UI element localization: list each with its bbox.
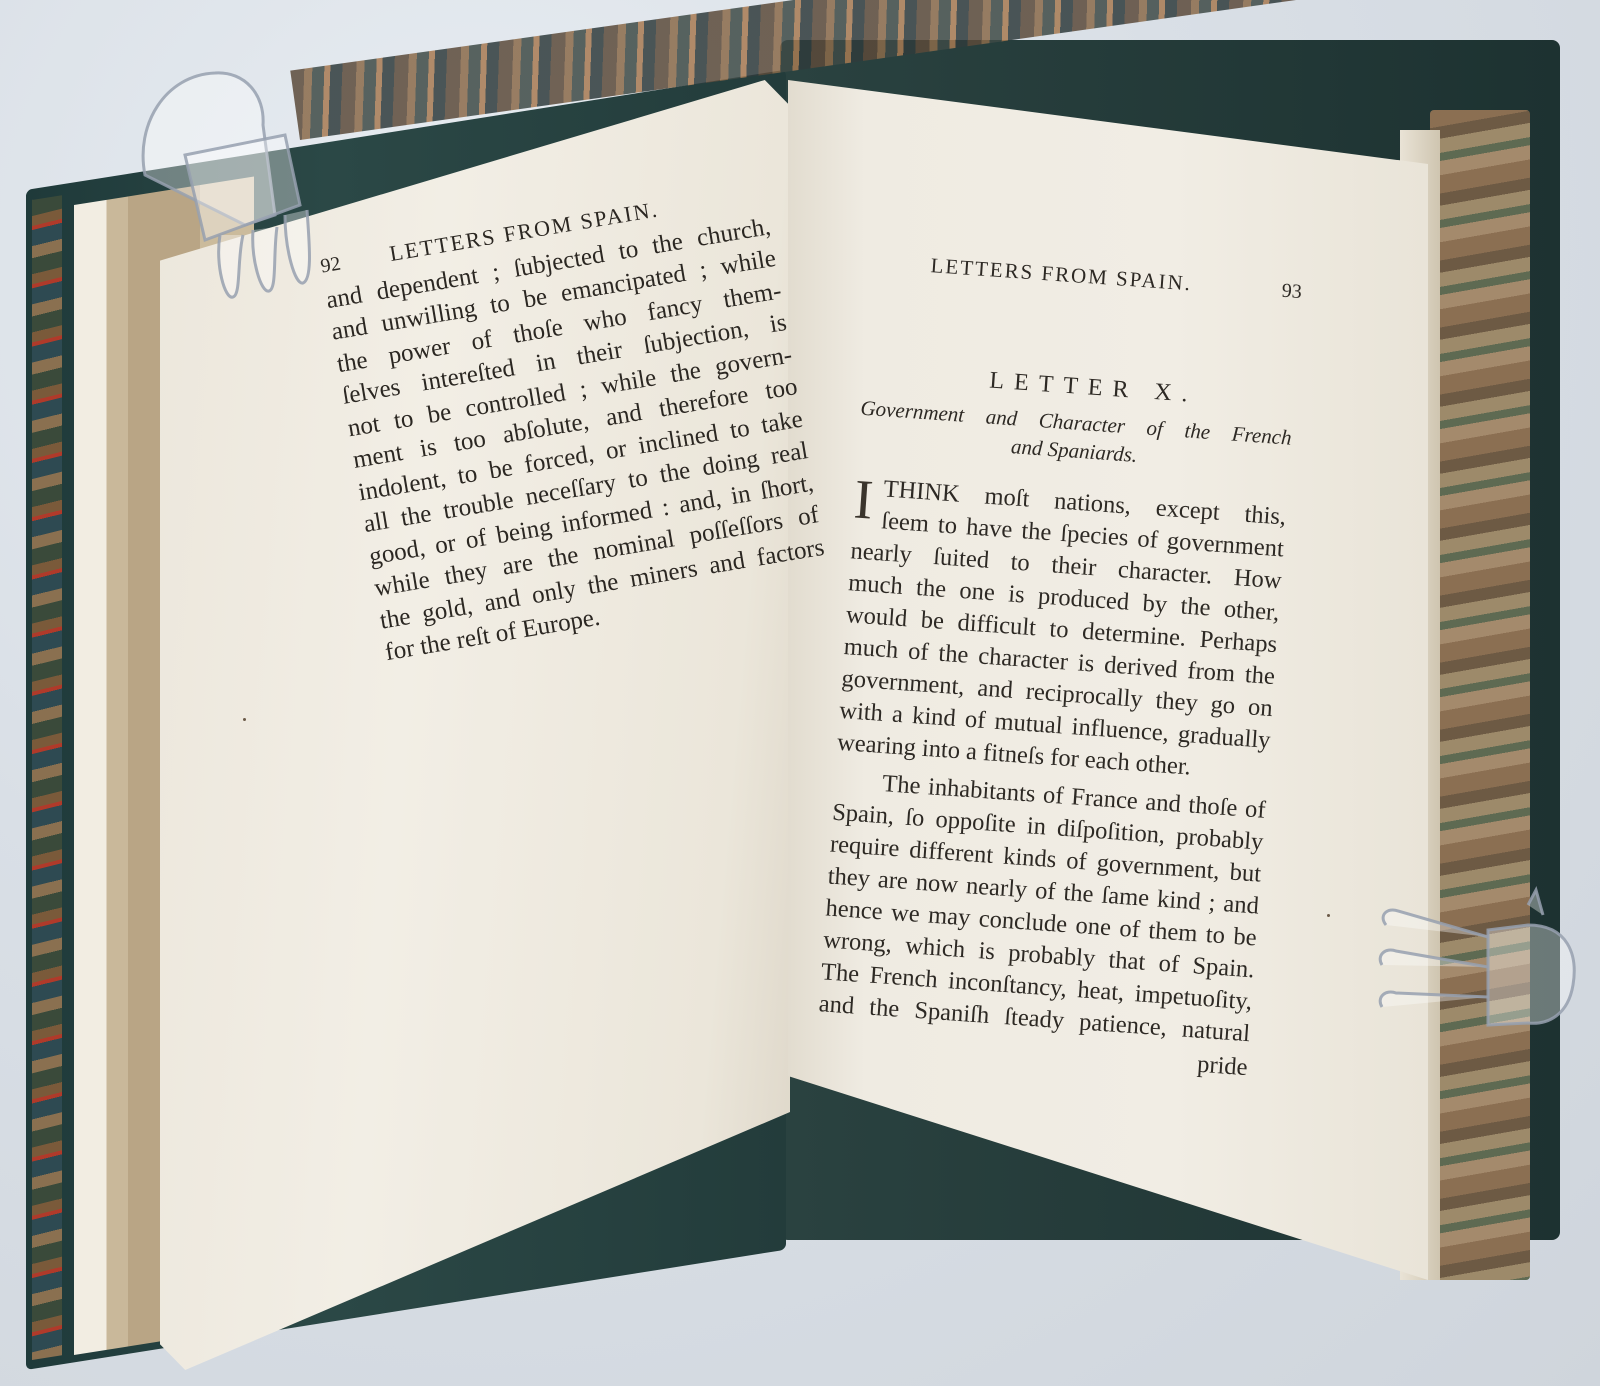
right-page-text: LETTERS FROM SPAIN. 93 LETTER X. Governm… (815, 245, 1303, 1084)
clear-plastic-clip-icon (1378, 885, 1578, 1050)
paragraph-1: I THINK moſt nations, except this, ſeem … (836, 471, 1287, 788)
book-photo: 92 LETTERS FROM SPAIN. and dependent ; ſ… (0, 0, 1600, 1386)
clip-top-left (125, 65, 325, 310)
marbled-board-left (32, 195, 62, 1360)
clear-plastic-clip-icon (125, 65, 325, 310)
paper-speck (1327, 914, 1330, 917)
marbled-fore-edge-right (1430, 110, 1530, 1280)
page-number-right: 93 (1281, 275, 1303, 308)
paper-speck (243, 718, 246, 721)
clip-right (1378, 885, 1578, 1050)
subtitle-line: and Spaniards. (1010, 434, 1138, 467)
left-page-text: 92 LETTERS FROM SPAIN. and dependent ; ſ… (318, 176, 832, 670)
paragraph-2: The inhabitants of France and thoſe of S… (818, 765, 1267, 1051)
drop-cap: I (853, 475, 875, 524)
